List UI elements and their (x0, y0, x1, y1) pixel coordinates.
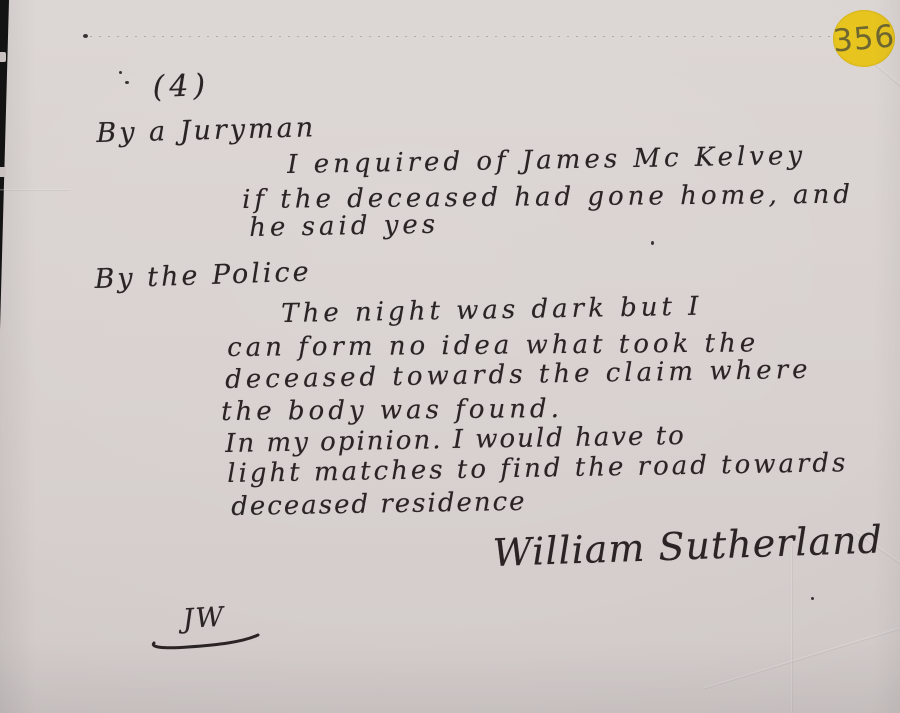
paper-edge-notch (0, 167, 6, 177)
testimony-line: if the deceased had gone home, and (242, 180, 854, 215)
archive-number-label: 356 (831, 18, 896, 59)
testimony-line: the body was found. (221, 394, 563, 427)
section-heading-juryman: By a Juryman (96, 112, 317, 149)
scanned-document-page: (4) By a Juryman I enquired of James Mc … (0, 0, 900, 713)
testimony-line: he said yes (249, 210, 439, 243)
ink-speck (119, 71, 122, 74)
ink-speck (83, 34, 88, 38)
ink-speck (651, 241, 654, 245)
ink-speck (811, 597, 814, 600)
initials-flourish (148, 630, 263, 650)
testimony-line: deceased residence (231, 487, 527, 522)
paper-edge-notch (0, 52, 6, 62)
page-number: (4) (152, 68, 211, 105)
ink-speck (125, 81, 129, 84)
